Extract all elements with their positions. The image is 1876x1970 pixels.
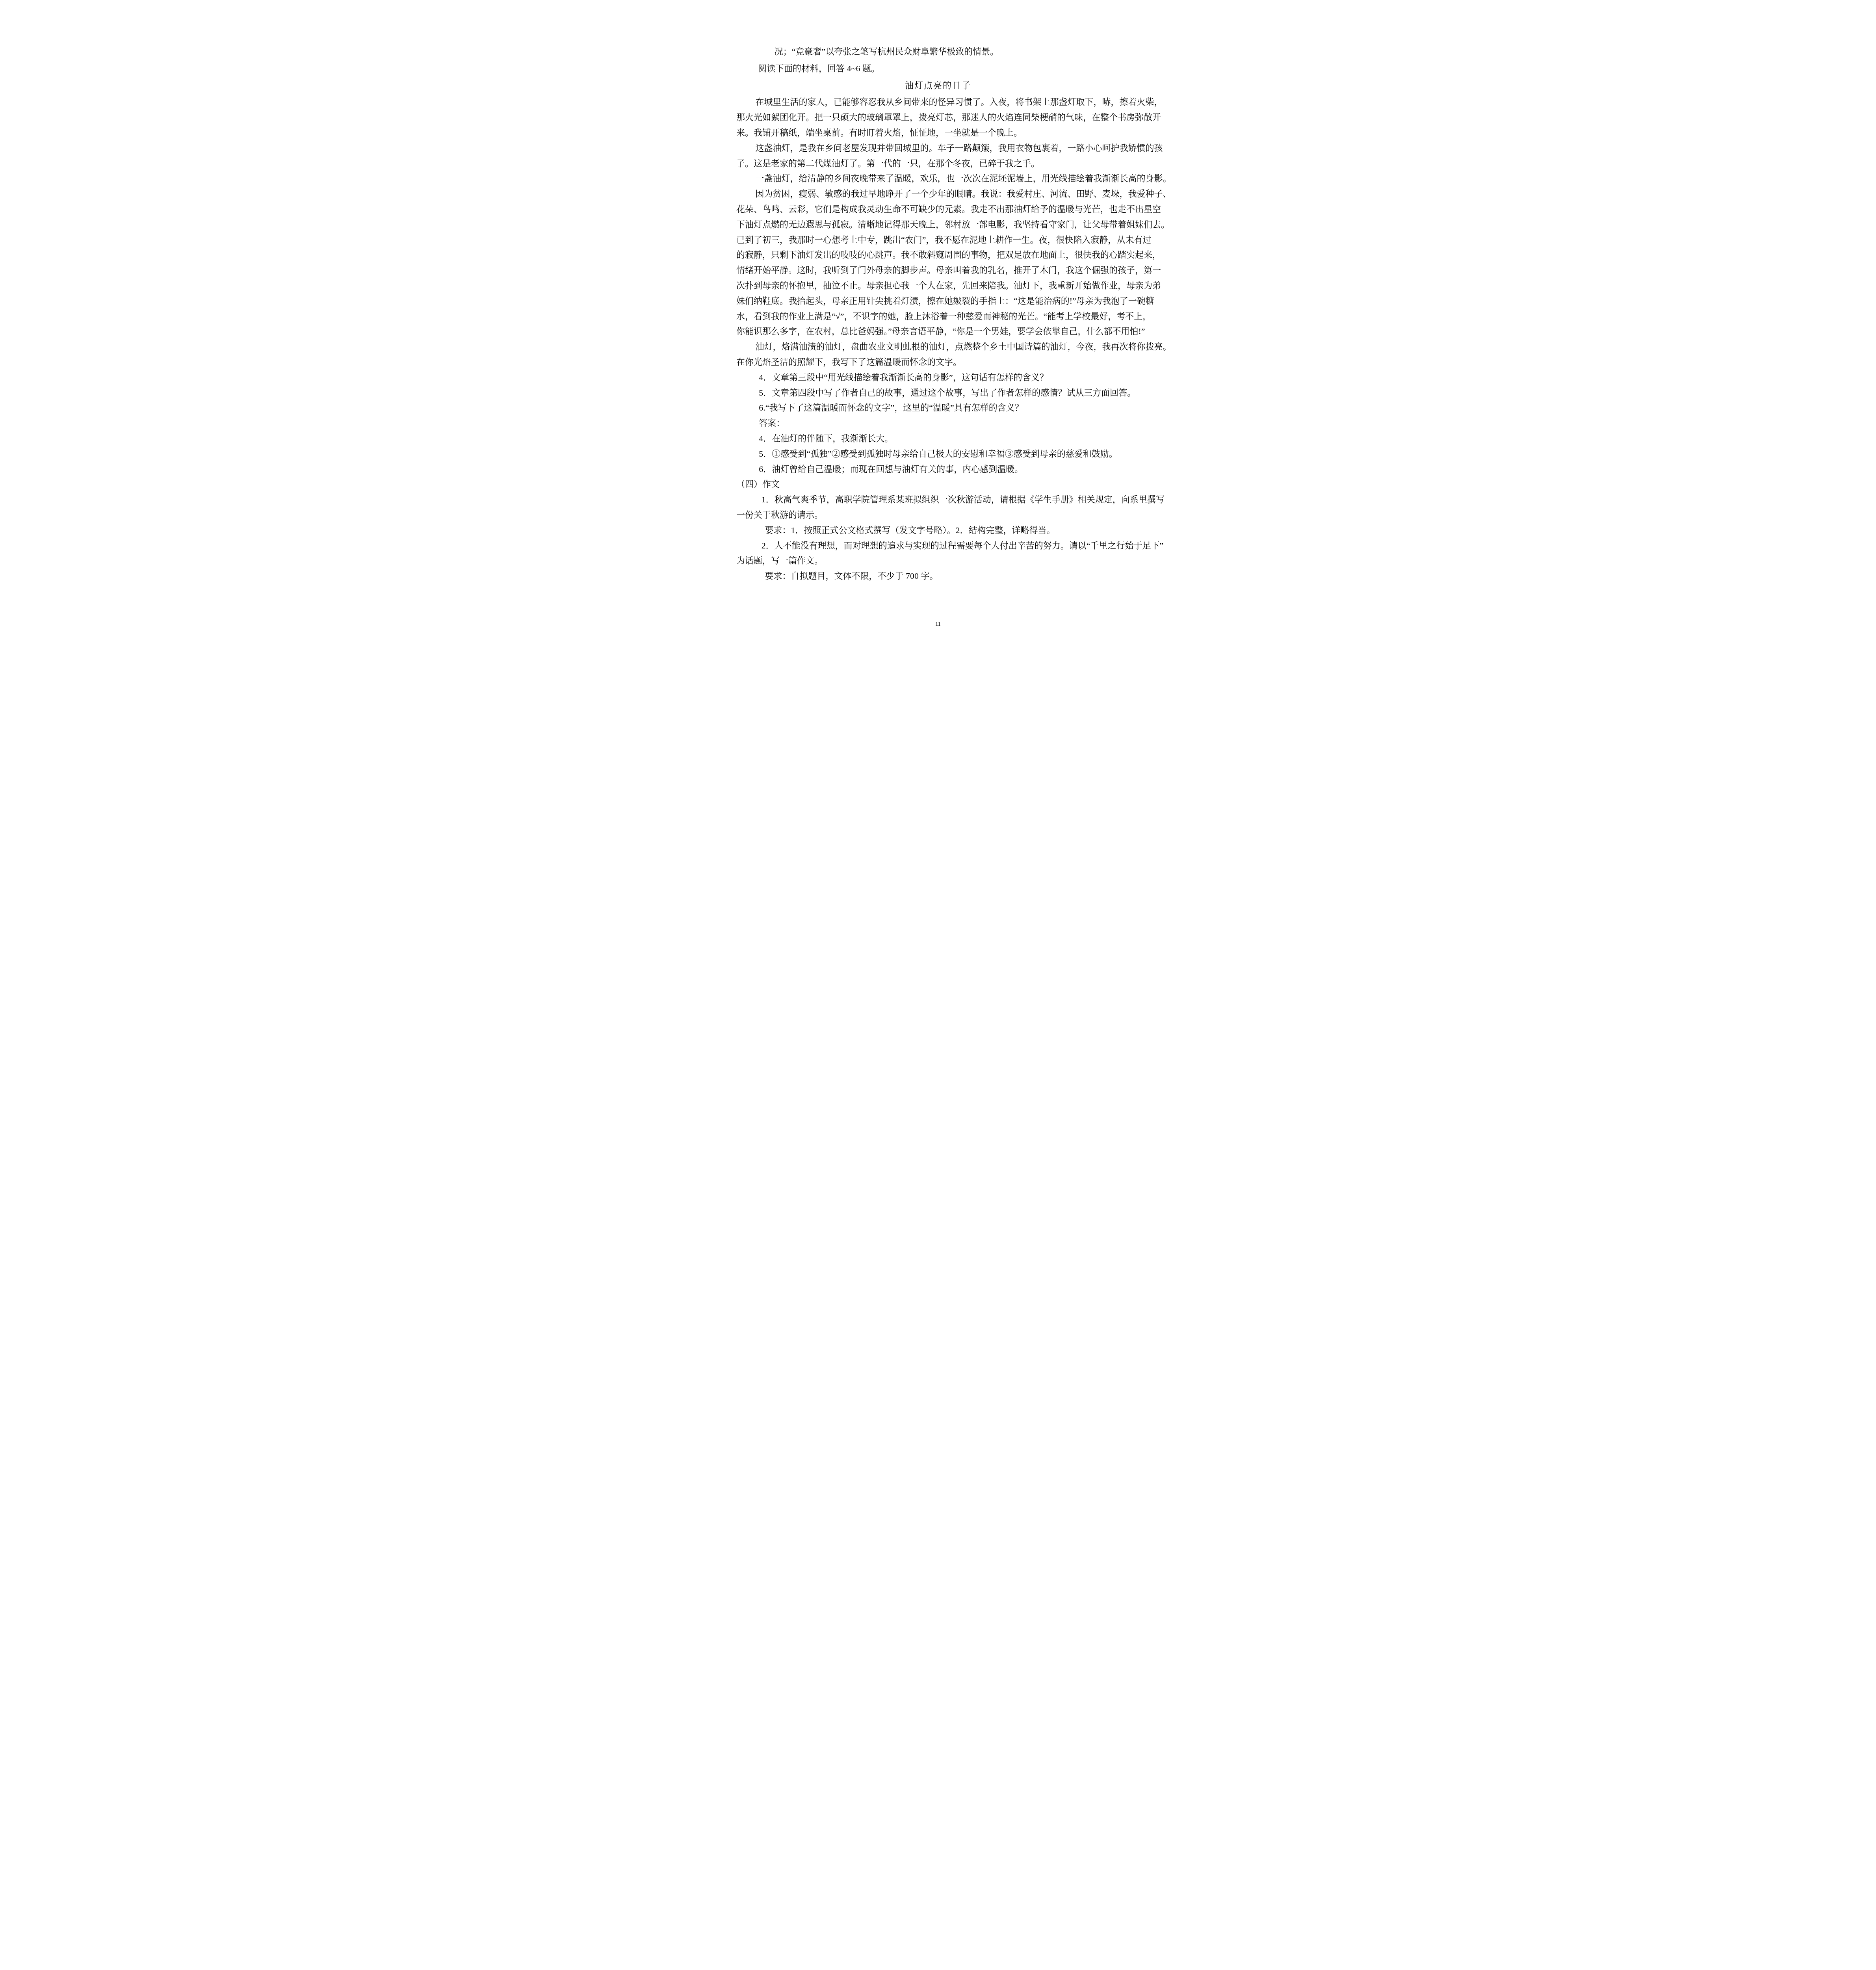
essay-line: 下油灯点燃的无边遐思与孤寂。清晰地记得那天晚上，邻村放一部电影，我坚持看守家门，… bbox=[736, 217, 1140, 232]
task2-line: 2．人不能没有理想，而对理想的追求与实现的过程需要每个人付出辛苦的努力。请以“千… bbox=[736, 538, 1140, 554]
question-line-6: 6.“我写下了这篇温暖而怀念的文字”，这里的“温暖”具有怎样的含义？ bbox=[736, 400, 1140, 416]
answer-line-6: 6．油灯曾给自己温暖；而现在回想与油灯有关的事，内心感到温暖。 bbox=[736, 462, 1140, 477]
task1-requirements: 要求：1．按照正式公文格式撰写（发文字号略）。2．结构完整，详略得当。 bbox=[736, 523, 1140, 538]
essay-line: 你能识那么多字，在农村，总比爸妈强。”母亲言语平静，“你是一个男娃，要学会依靠自… bbox=[736, 324, 1140, 339]
carryover-line: 况；“竞豪奢”以夸张之笔写杭州民众财阜繁华极致的情景。 bbox=[736, 44, 1140, 59]
essay-line: 那火光如絮团化开。把一只硕大的玻璃罩罩上，拨亮灯芯，那迷人的火焰连同柴梗硝的气味… bbox=[736, 110, 1140, 125]
essay-line: 子。这是老家的第二代煤油灯了。第一代的一只，在那个冬夜，已碎于我之手。 bbox=[736, 156, 1140, 171]
task2-requirements: 要求：自拟题目，文体不限，不少于 700 字。 bbox=[736, 569, 1140, 584]
essay-line: 来。我铺开稿纸，端坐桌前。有时盯着火焰，怔怔地，一坐就是一个晚上。 bbox=[736, 125, 1140, 141]
answer-line-4: 4．在油灯的伴随下，我渐渐长大。 bbox=[736, 431, 1140, 446]
essay-line: 情绪开始平静。这时，我听到了门外母亲的脚步声。母亲叫着我的乳名，推开了木门，我这… bbox=[736, 263, 1140, 278]
essay-line: 水，看到我的作业上满是“√”，不识字的她，脸上沐浴着一种慈爱而神秘的光芒。“能考… bbox=[736, 309, 1140, 324]
answers-label: 答案： bbox=[736, 416, 1140, 431]
essay-title: 油灯点亮的日子 bbox=[736, 78, 1140, 93]
task1-line: 1．秋高气爽季节，高职学院管理系某班拟组织一次秋游活动，请根据《学生手册》相关规… bbox=[736, 492, 1140, 507]
essay-line: 已到了初三，我那时一心想考上中专，跳出“农门”，我不愿在泥地上耕作一生。夜，很快… bbox=[736, 232, 1140, 248]
task2-line: 为话题，写一篇作文。 bbox=[736, 553, 1140, 569]
essay-line: 油灯，烙满油渍的油灯，盘曲农业文明虬根的油灯，点燃整个乡土中国诗篇的油灯，今夜，… bbox=[736, 339, 1140, 355]
reading-prompt: 阅读下面的材料，回答 4~6 题。 bbox=[736, 61, 1140, 76]
answer-line-5: 5．①感受到“孤独”②感受到孤独时母亲给自己极大的安慰和幸福③感受到母亲的慈爱和… bbox=[736, 446, 1140, 462]
essay-line: 花朵、鸟鸣、云彩，它们是构成我灵动生命不可缺少的元素。我走不出那油灯给予的温暖与… bbox=[736, 202, 1140, 217]
essay-line: 在城里生活的家人，已能够容忍我从乡间带来的怪异习惯了。入夜，将书架上那盏灯取下，… bbox=[736, 95, 1140, 110]
essay-line: 次扑到母亲的怀抱里，抽泣不止。母亲担心我一个人在家，先回来陪我。油灯下，我重新开… bbox=[736, 278, 1140, 294]
document-page: 况；“竞豪奢”以夸张之笔写杭州民众财阜繁华极致的情景。 阅读下面的材料，回答 4… bbox=[704, 0, 1172, 663]
essay-line: 的寂静，只剩下油灯发出的吱吱的心跳声。我不敢斜窥周围的事物，把双足放在地面上，很… bbox=[736, 247, 1140, 263]
question-line-4: 4．文章第三段中“用光线描绘着我渐渐长高的身影”，这句话有怎样的含义？ bbox=[736, 370, 1140, 385]
page-number: 11 bbox=[704, 621, 1172, 628]
section-heading-composition: （四）作文 bbox=[736, 477, 1140, 492]
essay-line: 在你光焰圣洁的照耀下，我写下了这篇温暖而怀念的文字。 bbox=[736, 355, 1140, 370]
question-line-5: 5．文章第四段中写了作者自己的故事，通过这个故事，写出了作者怎样的感情？试从三方… bbox=[736, 385, 1140, 401]
essay-line: 因为贫困，瘦弱、敏感的我过早地睁开了一个少年的眼睛。我说：我爱村庄、河流、田野、… bbox=[736, 186, 1140, 202]
essay-line: 妹们纳鞋底。我抬起头，母亲正用针尖挑着灯渍，擦在她皴裂的手指上：“这是能治病的!… bbox=[736, 294, 1140, 309]
essay-line: 一盏油灯，给清静的乡间夜晚带来了温暖，欢乐，也一次次在泥坯泥墙上，用光线描绘着我… bbox=[736, 171, 1140, 186]
essay-line: 这盏油灯，是我在乡间老屋发现并带回城里的。车子一路颠簸，我用衣物包裹着，一路小心… bbox=[736, 141, 1140, 156]
task1-line: 一份关于秋游的请示。 bbox=[736, 507, 1140, 523]
